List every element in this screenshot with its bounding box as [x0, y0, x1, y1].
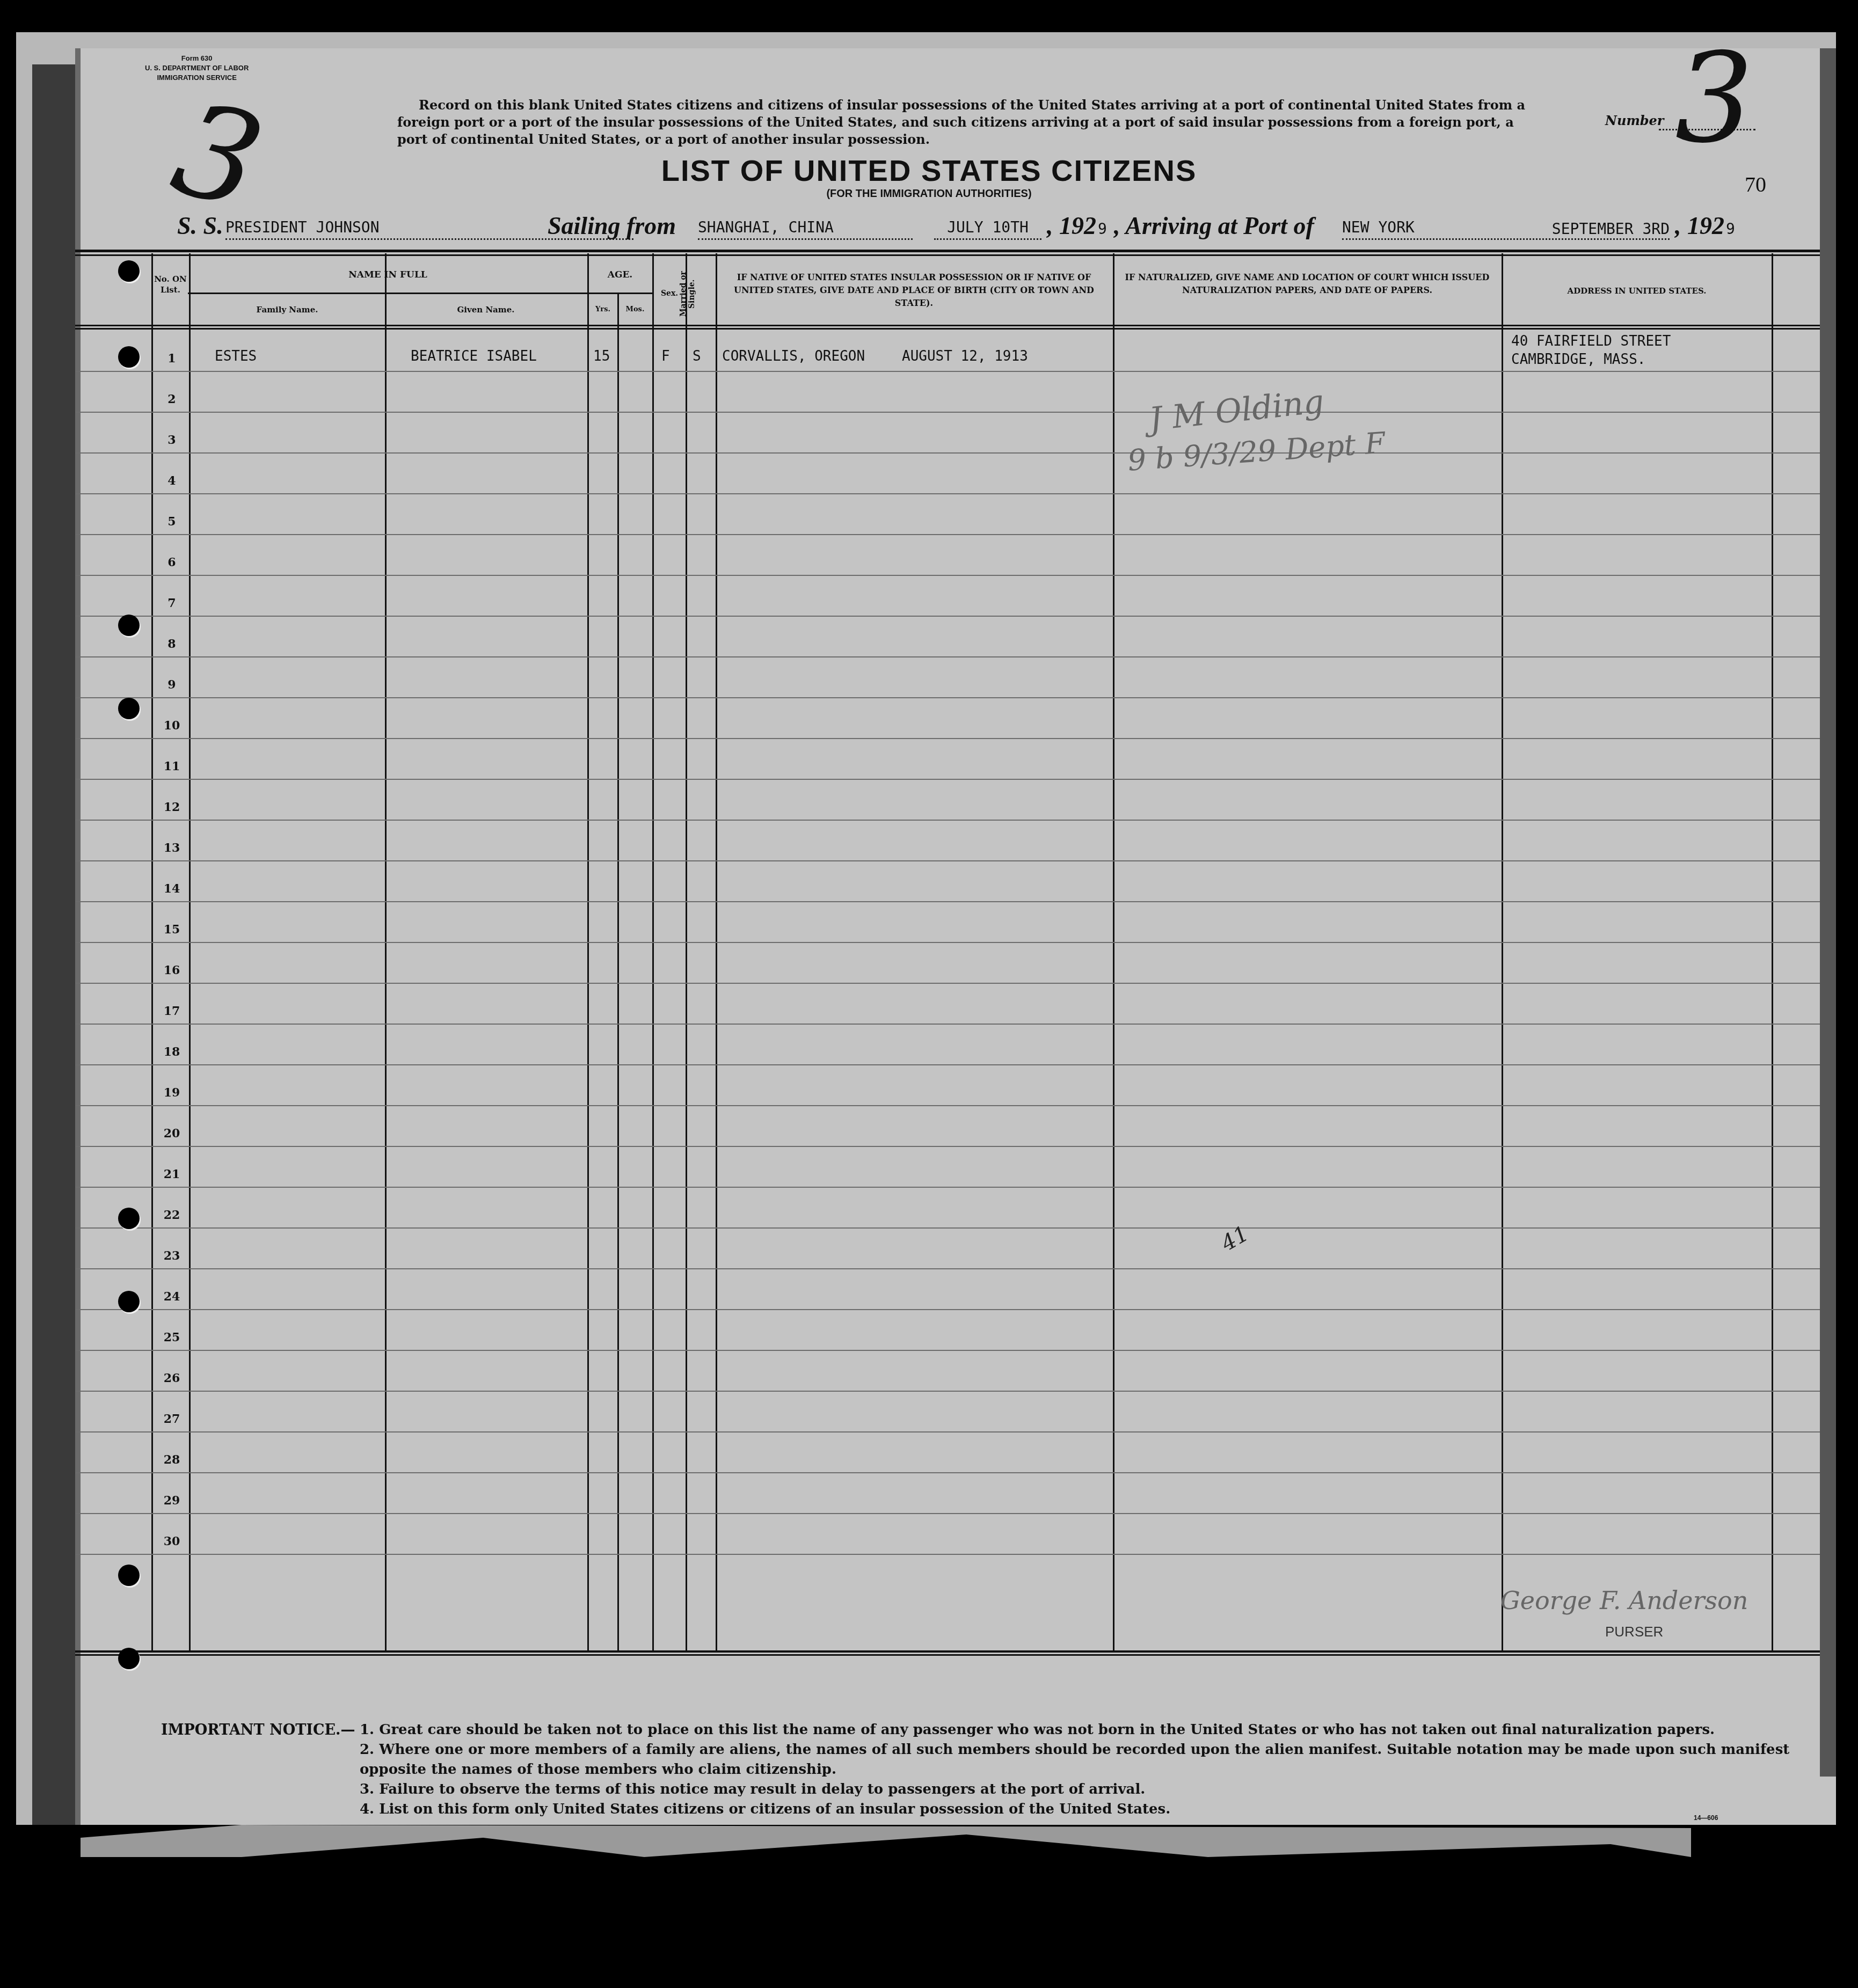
department: U. S. DEPARTMENT OF LABOR [145, 63, 249, 73]
binder-spine [32, 64, 75, 1852]
row-number: 22 [156, 1208, 188, 1222]
row-number: 16 [156, 963, 188, 977]
intro-instructions: Record on this blank United States citiz… [397, 97, 1535, 148]
punch-hole-icon [118, 1208, 140, 1229]
row-number: 5 [156, 515, 188, 529]
given-name-cell: BEATRICE ISABEL [411, 348, 537, 364]
row-number: 7 [156, 596, 188, 610]
punch-hole-icon [118, 1648, 140, 1669]
page-edge [1820, 48, 1836, 1777]
address-line2-cell: CAMBRIDGE, MASS. [1511, 352, 1645, 368]
row-number: 3 [156, 433, 188, 447]
header-age-yrs: Yrs. [589, 303, 617, 316]
row-number: 29 [156, 1494, 188, 1508]
row-number: 21 [156, 1167, 188, 1181]
row-number: 28 [156, 1453, 188, 1467]
header-given-name: Given Name. [387, 303, 585, 316]
row-number: 11 [156, 759, 188, 773]
sailing-from-label: Sailing from [548, 211, 676, 240]
header-naturalization: IF NATURALIZED, GIVE NAME AND LOCATION O… [1117, 271, 1498, 297]
family-name-cell: ESTES [215, 348, 257, 364]
header-age-mos: Mos. [619, 303, 651, 316]
row-number: 19 [156, 1086, 188, 1100]
arriving-label: , Arriving at Port of [1114, 211, 1314, 240]
arrival-year-suffix: 9 [1726, 220, 1735, 240]
punch-hole-icon [118, 1291, 140, 1312]
notice-item-1: 1. Great care should be taken not to pla… [360, 1720, 1798, 1740]
sailing-date-field: JULY 10TH [934, 218, 1041, 240]
notice-heading: IMPORTANT NOTICE.— [161, 1720, 355, 1740]
row-number: 8 [156, 637, 188, 651]
table-row: 2 [75, 371, 1820, 413]
address-line1-cell: 40 FAIRFIELD STREET [1511, 333, 1671, 349]
table-row: 26 [75, 1350, 1820, 1392]
table-row: 9 [75, 656, 1820, 698]
notice-item-3: 3. Failure to observe the terms of this … [360, 1780, 1798, 1800]
notice-item-4: 4. List on this form only United States … [360, 1800, 1798, 1819]
row-number: 12 [156, 800, 188, 814]
row-number: 6 [156, 556, 188, 569]
age-yrs-cell: 15 [593, 348, 610, 364]
arrival-year-prefix: , 192 [1675, 211, 1724, 240]
punch-hole-icon [118, 346, 140, 368]
table-row: 12 [75, 779, 1820, 821]
notice-list: 1. Great care should be taken not to pla… [360, 1720, 1798, 1819]
table-row: 30 [75, 1513, 1820, 1555]
punch-hole-icon [118, 1565, 140, 1586]
ss-label: S. S. [177, 211, 223, 240]
voyage-line: S. S. PRESIDENT JOHNSON Sailing from SHA… [161, 212, 1772, 244]
row-number: 23 [156, 1249, 188, 1263]
header-subrule [188, 293, 612, 294]
table-row: 22 [75, 1187, 1820, 1229]
sailing-year-suffix: 9 [1098, 220, 1107, 240]
table-row: 18 [75, 1024, 1820, 1065]
marital-status-cell: S [693, 348, 701, 364]
row-number: 4 [156, 474, 188, 488]
arrival-date-field: SEPTEMBER 3RD [1541, 220, 1670, 240]
table-row: 15 [75, 901, 1820, 943]
table-row: 20 [75, 1105, 1820, 1147]
header-bottom-rule [75, 325, 1820, 330]
table-row: 7 [75, 575, 1820, 617]
table-row: 25 [75, 1309, 1820, 1351]
row-number: 14 [156, 882, 188, 896]
header-name-in-full: NAME IN FULL [191, 268, 585, 281]
page-title: LIST OF UNITED STATES CITIZENS [0, 153, 1858, 188]
row-number: 20 [156, 1127, 188, 1141]
birth-date-cell: AUGUST 12, 1913 [902, 348, 1028, 364]
row-number: 24 [156, 1290, 188, 1304]
row-number: 10 [156, 719, 188, 733]
table-row: 23 [75, 1227, 1820, 1269]
row-number: 13 [156, 841, 188, 855]
header-married-or-single: Married or Single. [679, 268, 695, 319]
header-address: ADDRESS IN UNITED STATES. [1503, 284, 1770, 297]
purser-signature: George F. Anderson [1500, 1586, 1748, 1615]
row-number: 30 [156, 1534, 188, 1548]
table-row: 27 [75, 1391, 1820, 1432]
header-age-subrule [585, 293, 652, 294]
row-number: 2 [156, 392, 188, 406]
sailing-year-prefix: , 192 [1047, 211, 1096, 240]
row-number: 1 [156, 352, 188, 366]
birth-place-cell: CORVALLIS, OREGON [722, 348, 865, 364]
number-label: Number [1605, 113, 1664, 128]
sailing-from-field: SHANGHAI, CHINA [698, 218, 913, 240]
table-row: 1 ESTES BEATRICE ISABEL 15 F S CORVALLIS… [75, 330, 1820, 372]
punch-hole-icon [118, 698, 140, 719]
table-row: 21 [75, 1146, 1820, 1188]
row-number: 25 [156, 1331, 188, 1344]
table-row: 5 [75, 493, 1820, 535]
table-top-rule [75, 250, 1820, 256]
punch-hole-icon [118, 260, 140, 282]
table-row: 8 [75, 616, 1820, 657]
header-no-on-list: No. ON List. [153, 274, 188, 295]
row-number: 17 [156, 1004, 188, 1018]
table-row: 3 [75, 412, 1820, 454]
table-row: 29 [75, 1472, 1820, 1514]
row-number: 27 [156, 1412, 188, 1426]
table-row: 4 [75, 452, 1820, 494]
page-subtitle: (FOR THE IMMIGRATION AUTHORITIES) [0, 188, 1858, 200]
form-number: Form 630 [145, 54, 249, 63]
table-row: 16 [75, 942, 1820, 984]
table-row: 17 [75, 983, 1820, 1025]
table-row: 13 [75, 820, 1820, 861]
number-value: 3 [1675, 38, 1753, 161]
table-row: 19 [75, 1064, 1820, 1106]
sex-cell: F [661, 348, 670, 364]
table-bottom-rule [75, 1650, 1820, 1656]
purser-title: PURSER [1605, 1624, 1663, 1640]
header-birth-info: IF NATIVE OF UNITED STATES INSULAR POSSE… [719, 271, 1109, 310]
form-code: 14—606 [1694, 1814, 1718, 1822]
header-age: AGE. [589, 268, 651, 281]
table-row: 24 [75, 1268, 1820, 1310]
row-number: 18 [156, 1045, 188, 1059]
row-number: 15 [156, 923, 188, 937]
table-row: 28 [75, 1431, 1820, 1473]
row-number: 26 [156, 1371, 188, 1385]
row-number: 9 [156, 678, 188, 692]
table-row: 14 [75, 860, 1820, 902]
table-row: 10 [75, 697, 1820, 739]
table-row: 11 [75, 738, 1820, 780]
header-family-name: Family Name. [191, 303, 384, 316]
table-row: 6 [75, 534, 1820, 576]
notice-item-2: 2. Where one or more members of a family… [360, 1740, 1798, 1780]
punch-hole-icon [118, 615, 140, 636]
